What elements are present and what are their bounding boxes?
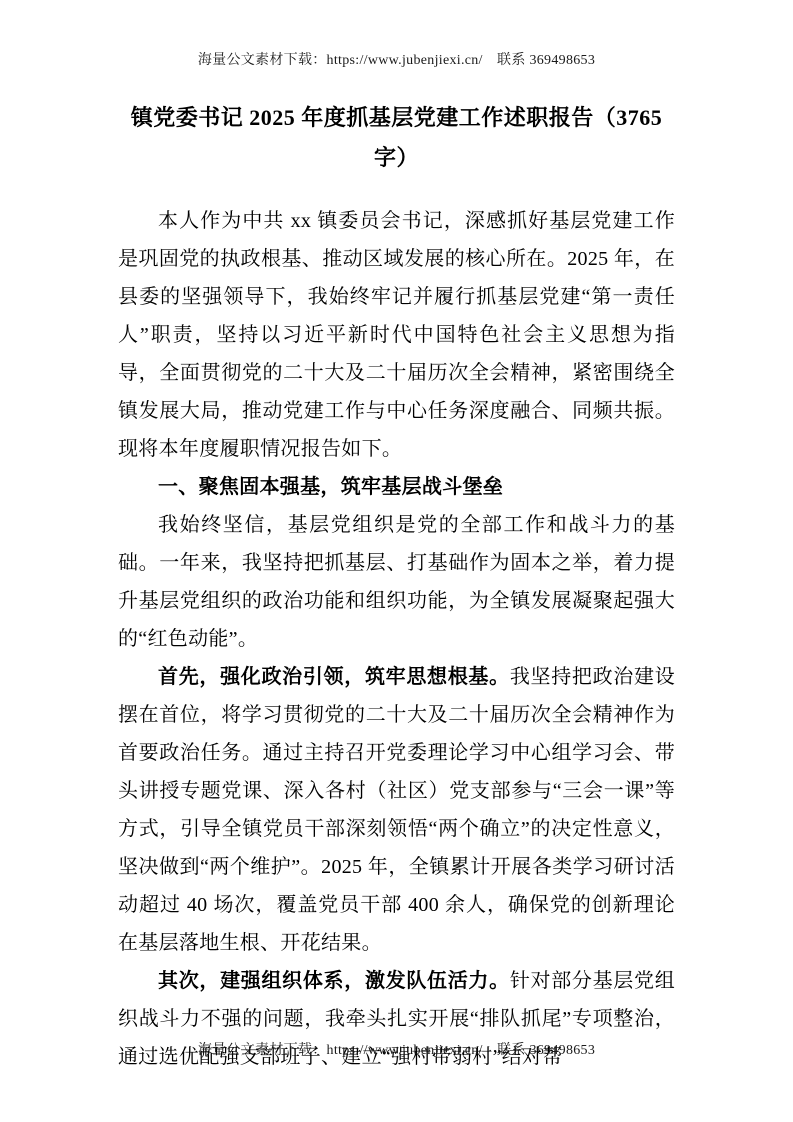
paragraph-text: 我坚持把政治建设摆在首位，将学习贯彻党的二十大及二十届历次全会精神作为首要政治任… [118, 666, 675, 954]
header-watermark-text: 海量公文素材下载：https://www.jubenjiexi.cn/ 联系 3… [198, 53, 595, 68]
paragraph-section1-intro: 我始终坚信，基层党组织是党的全部工作和战斗力的基础。一年来，我坚持把抓基层、打基… [118, 506, 675, 658]
paragraph-text: 我始终坚信，基层党组织是党的全部工作和战斗力的基础。一年来，我坚持把抓基层、打基… [118, 514, 675, 650]
paragraph-text: 本人作为中共 xx 镇委员会书记，深感抓好基层党建工作是巩固党的执政根基、推动区… [118, 210, 675, 460]
paragraph-first-point: 首先，强化政治引领，筑牢思想根基。我坚持把政治建设摆在首位，将学习贯彻党的二十大… [118, 658, 675, 962]
paragraph-lead: 其次，建强组织体系，激发队伍活力。 [158, 970, 510, 992]
document-content: 镇党委书记 2025 年度抓基层党建工作述职报告（3765 字） 本人作为中共 … [118, 98, 675, 1076]
paragraph-intro: 本人作为中共 xx 镇委员会书记，深感抓好基层党建工作是巩固党的执政根基、推动区… [118, 202, 675, 468]
footer-watermark-text: 海量公文素材下载：https://www.jubenjiexi.cn/ 联系 3… [198, 1043, 595, 1058]
document-page: 海量公文素材下载：https://www.jubenjiexi.cn/ 联系 3… [0, 0, 793, 1122]
paragraph-lead: 首先，强化政治引领，筑牢思想根基。 [158, 666, 510, 688]
document-title: 镇党委书记 2025 年度抓基层党建工作述职报告（3765 字） [118, 98, 675, 178]
page-footer: 海量公文素材下载：https://www.jubenjiexi.cn/ 联系 3… [0, 1042, 793, 1060]
heading-text: 一、聚焦固本强基，筑牢基层战斗堡垒 [158, 476, 503, 498]
section-heading-1: 一、聚焦固本强基，筑牢基层战斗堡垒 [118, 468, 675, 506]
page-header: 海量公文素材下载：https://www.jubenjiexi.cn/ 联系 3… [0, 52, 793, 70]
